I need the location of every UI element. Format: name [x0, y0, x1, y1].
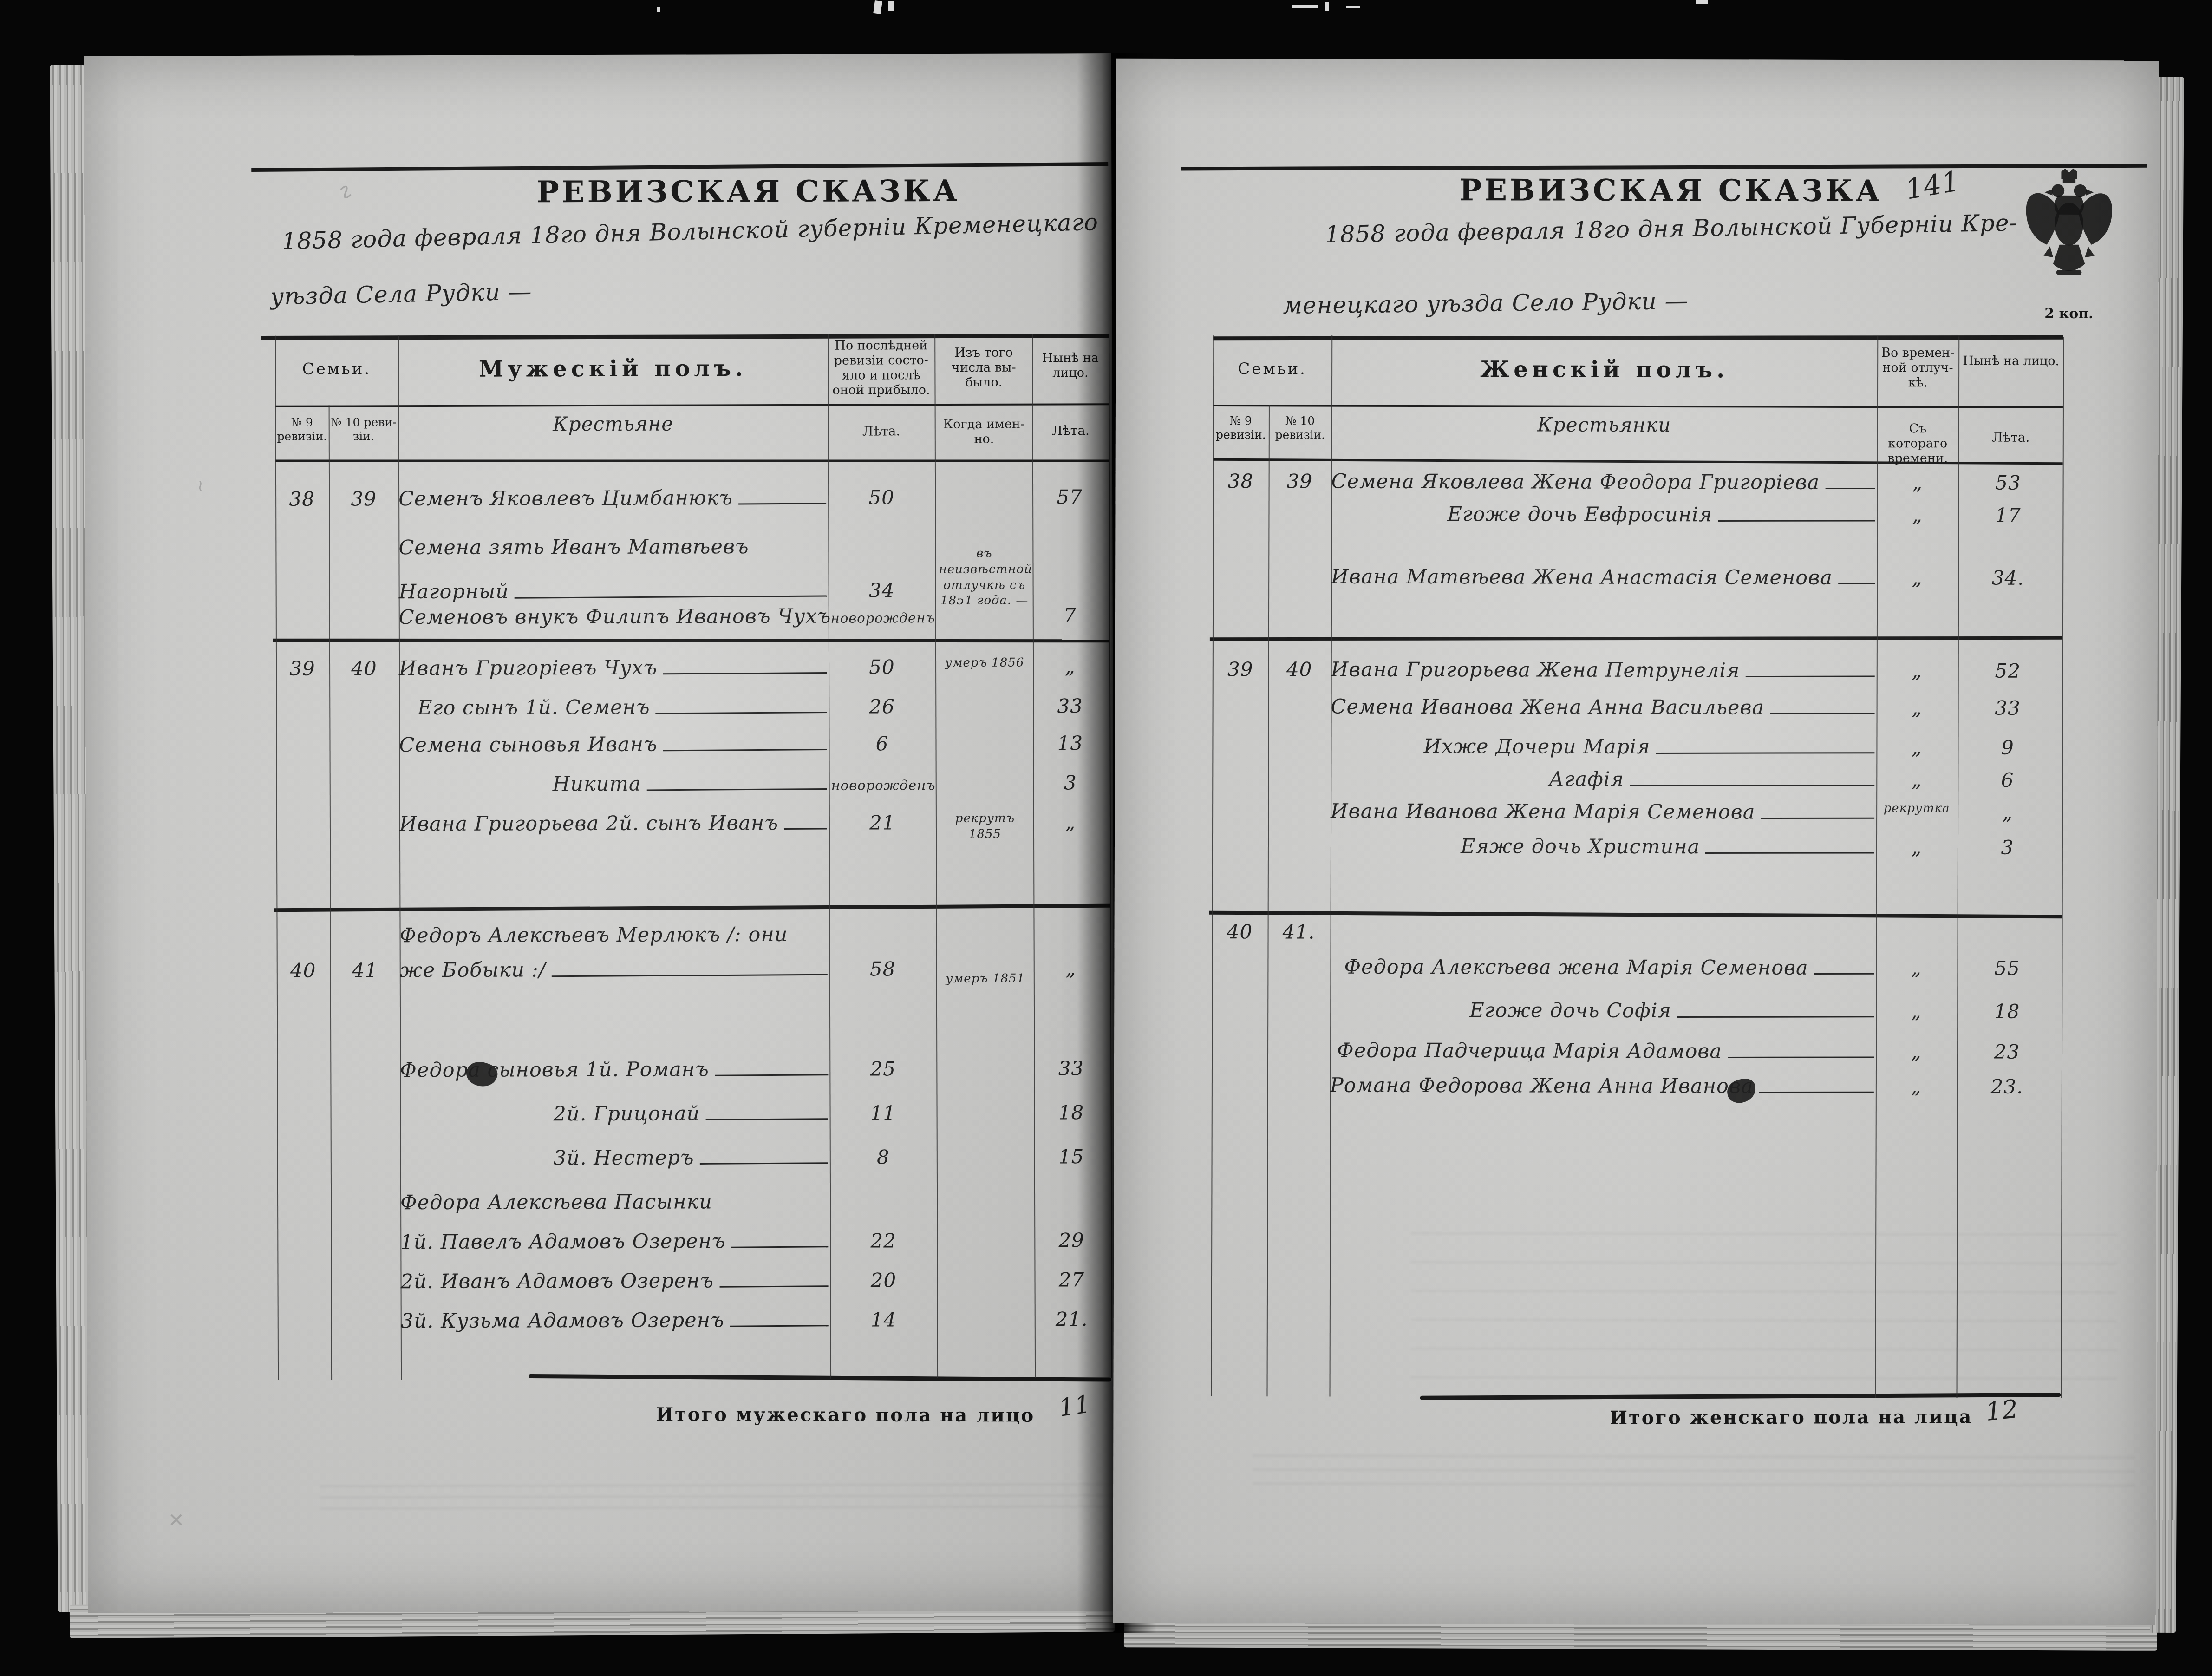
- scan-artifact: [873, 0, 882, 14]
- row-age-previous: 58: [832, 957, 934, 981]
- row-age-previous: 34: [831, 579, 933, 602]
- row-ditto-mark: „: [1877, 956, 1956, 979]
- row-note: рекрутка: [1877, 801, 1956, 817]
- row-name: Ивана Матвѣева Жена Анастасія Семенова: [1331, 565, 1833, 589]
- row-age-previous: 21: [831, 811, 933, 834]
- scan-artifact: [888, 1, 894, 11]
- row-rev9: 40: [1214, 920, 1266, 943]
- book-bottom-edge-right: [1124, 1620, 2157, 1651]
- table-row: Ихже Дочери Марія: [1423, 735, 1876, 759]
- table-row: Романа Федорова Жена Анна Иванова: [1330, 1074, 1876, 1098]
- table-row: Семенъ Яковлевъ Цимбанюкъ: [398, 486, 828, 511]
- row-rev10: 39: [336, 487, 392, 510]
- row-ruled-line: [1677, 1016, 1874, 1018]
- row-age-now: 9: [1958, 736, 2057, 759]
- row-ruled-line: [731, 1246, 828, 1248]
- row-ditto-mark: „: [1878, 504, 1957, 526]
- row-ruled-line: [647, 788, 827, 791]
- row-ditto-mark: „: [1877, 1000, 1956, 1022]
- row-name: Федора Алексѣева жена Марія Семенова: [1344, 956, 1808, 980]
- total-label: Итого женскаго пола на лица: [1438, 1406, 1972, 1430]
- left-page: РЕВИЗСКАЯ СКАЗКА 1858 года февраля 18го …: [84, 53, 1116, 1613]
- row-ruled-line: [552, 974, 828, 977]
- row-name: Семена Иванова Жена Анна Васильева: [1331, 695, 1765, 720]
- row-age-now: „: [1958, 801, 2057, 824]
- row-age-previous: 50: [830, 486, 933, 509]
- row-age-now: 23: [1957, 1040, 2057, 1063]
- row-ditto-mark: „: [1878, 696, 1957, 719]
- scan-artifact: [1292, 5, 1318, 8]
- row-rev9: 40: [278, 959, 329, 982]
- row-ruled-line: [1705, 852, 1874, 854]
- table-row: Семена Иванова Жена Анна Васильева: [1331, 695, 1877, 720]
- right-page: РЕВИЗСКАЯ СКАЗКА 141 1858 года февраля 1…: [1113, 59, 2159, 1625]
- row-age-now: 52: [1958, 659, 2058, 682]
- table-row: Никита: [553, 772, 829, 796]
- row-name: Ивана Григорьева Жена Петрунелія: [1331, 658, 1740, 682]
- row-note: умеръ 1856: [939, 655, 1030, 671]
- row-name: Ихже Дочери Марія: [1423, 735, 1650, 759]
- row-note: рекрутъ 1855: [940, 811, 1031, 843]
- table-row: Федора сыновья 1й. Романъ: [400, 1058, 829, 1082]
- row-ditto-mark: „: [1878, 659, 1957, 682]
- row-ruled-line: [784, 828, 827, 830]
- row-ruled-line: [656, 712, 827, 714]
- table-row: Ивана Григорьева Жена Петрунелія: [1331, 658, 1877, 682]
- row-name: 2й. Иванъ Адамовъ Озеренъ: [400, 1269, 714, 1293]
- row-ruled-line: [1838, 583, 1875, 584]
- row-age-previous: новорожденъ: [831, 610, 933, 626]
- row-age-now: 34.: [1958, 566, 2058, 589]
- row-name: Ивана Григорьева 2й. сынъ Иванъ: [399, 812, 778, 836]
- row-name: Агафія: [1549, 768, 1624, 791]
- table-row: 3й. Нестеръ: [554, 1146, 830, 1170]
- row-ruled-line: [715, 1074, 828, 1076]
- row-rev9: 38: [276, 488, 327, 511]
- row-ruled-line: [705, 1118, 828, 1120]
- row-rev9: 38: [1215, 470, 1266, 492]
- table-row: Федора Падчерица Марія Адамова: [1337, 1039, 1876, 1063]
- row-age-now: 53: [1958, 471, 2058, 494]
- row-age-previous: новорожденъ: [831, 777, 933, 793]
- row-ruled-line: [730, 1325, 829, 1327]
- row-ruled-line: [700, 1162, 828, 1165]
- table-row: же Бобыки :/: [400, 958, 829, 982]
- table-row: Иванъ Григоріевъ Чухъ: [399, 656, 829, 680]
- row-ruled-line: [663, 749, 827, 751]
- row-rev10: 40: [336, 657, 392, 680]
- table-row: 2й. Иванъ Адамовъ Озеренъ: [400, 1269, 830, 1293]
- row-age-previous: 11: [832, 1101, 934, 1125]
- row-ruled-line: [663, 672, 827, 674]
- row-age-now: 33: [1958, 696, 2058, 719]
- row-ruled-line: [1746, 676, 1875, 677]
- row-name: Никита: [553, 773, 641, 796]
- row-note: въ неизвѣстной отлучкѣ съ 1851 года. —: [939, 546, 1030, 609]
- row-rev9: 39: [1215, 658, 1266, 681]
- row-ruled-line: [1814, 973, 1874, 975]
- row-rev9: 39: [277, 657, 328, 680]
- row-age-now: 55: [1957, 956, 2057, 979]
- row-ruled-line: [1728, 1057, 1874, 1058]
- row-ruled-line: [1761, 818, 1874, 819]
- table-row: Семена Яковлева Жена Феодора Григоріева: [1331, 470, 1877, 494]
- table-row: Егоже дочь Софія: [1469, 999, 1876, 1023]
- row-ditto-mark: „: [1877, 836, 1956, 858]
- row-ruled-line: [1759, 1092, 1874, 1093]
- row-ruled-line: [1630, 785, 1874, 786]
- scan-artifact: [657, 7, 660, 12]
- row-age-now: 6: [1958, 768, 2057, 791]
- row-age-now: 17: [1958, 504, 2058, 526]
- row-ruled-line: [1656, 752, 1874, 754]
- row-name-line1: Семена зять Иванъ Матвѣевъ: [398, 535, 828, 559]
- row-rev10: 40: [1272, 658, 1327, 681]
- row-name: Еяже дочь Христина: [1461, 835, 1700, 858]
- right-table-rows: 3839Семена Яковлева Жена Феодора Григорі…: [1113, 59, 2159, 1625]
- scanned-book-photo: РЕВИЗСКАЯ СКАЗКА 1858 года февраля 18го …: [0, 0, 2212, 1676]
- row-name: Семена сыновья Иванъ: [399, 733, 657, 757]
- row-ruled-line: [719, 1285, 828, 1287]
- row-age-previous: 14: [833, 1308, 935, 1331]
- total-value: 12: [1984, 1394, 2020, 1427]
- row-age-previous: 6: [831, 732, 933, 755]
- row-note: умеръ 1851: [940, 971, 1031, 987]
- table-row: Агафія: [1549, 768, 1876, 792]
- row-ruled-line: [1718, 520, 1875, 521]
- table-row: 1й. Павелъ Адамовъ Озеренъ: [400, 1230, 830, 1254]
- row-rev10: 39: [1272, 470, 1328, 492]
- row-name: Егоже дочь Софія: [1469, 999, 1671, 1022]
- row-age-now: 18: [1957, 1000, 2057, 1022]
- row-name: 3й. Кузьма Адамовъ Озеренъ: [401, 1309, 724, 1333]
- row-name: Егоже дочь Евфросинія: [1447, 503, 1712, 526]
- row-ditto-mark: „: [1877, 1040, 1956, 1063]
- row-age-previous: 25: [832, 1057, 934, 1080]
- table-row: Его сынъ 1й. Семенъ: [418, 695, 829, 720]
- scan-artifact: [1325, 2, 1329, 11]
- row-age-previous: 50: [831, 655, 933, 679]
- row-age-previous: 8: [832, 1146, 934, 1169]
- table-row: Ивана Матвѣева Жена Анастасія Семенова: [1331, 565, 1877, 589]
- row-age-now: 3: [1958, 836, 2057, 858]
- row-ditto-mark: „: [1877, 1075, 1956, 1098]
- table-row: Нагорный: [399, 579, 829, 603]
- row-name: Семена Яковлева Жена Феодора Григоріева: [1331, 470, 1820, 494]
- table-row: Ивана Григорьева 2й. сынъ Иванъ: [399, 812, 829, 836]
- row-name: Семенъ Яковлевъ Цимбанюкъ: [398, 486, 733, 511]
- row-age-previous: 20: [832, 1269, 934, 1292]
- pencil-mark: ✕: [168, 1509, 184, 1532]
- row-ditto-mark: „: [1877, 768, 1956, 791]
- table-row: Федора Алексѣева жена Марія Семенова: [1344, 956, 1876, 980]
- row-age-previous: 22: [832, 1229, 934, 1252]
- row-name: Романа Федорова Жена Анна Иванова: [1330, 1074, 1754, 1098]
- row-ditto-mark: „: [1878, 471, 1957, 494]
- table-row: Ивана Иванова Жена Марія Семенова: [1331, 800, 1876, 824]
- scan-artifact: [1696, 0, 1708, 4]
- row-ditto-mark: „: [1878, 566, 1957, 589]
- table-row: Егоже дочь Евфросинія: [1447, 503, 1877, 527]
- row-name: Ивана Иванова Жена Марія Семенова: [1331, 800, 1755, 824]
- table-row: Федора Алексѣева Пасынки: [400, 1190, 830, 1214]
- row-ditto-mark: „: [1877, 736, 1956, 759]
- row-name: Его сынъ 1й. Семенъ: [418, 696, 650, 720]
- table-row: 3й. Кузьма Адамовъ Озеренъ: [401, 1309, 830, 1333]
- row-name-line1: Федоръ Алексѣевъ Мерлюкъ /: они: [400, 923, 829, 947]
- row-age-previous: 26: [831, 695, 933, 718]
- table-row: 2й. Грицонай: [554, 1102, 830, 1126]
- scan-artifact: [1346, 6, 1360, 8]
- row-name: Нагорный: [399, 580, 509, 604]
- row-name: Федора сыновья 1й. Романъ: [400, 1058, 709, 1082]
- left-table-rows: 3839Семенъ Яковлевъ Цимбанюкъ5057Семена …: [84, 53, 1116, 1613]
- table-row: Семена сыновья Иванъ: [399, 733, 829, 757]
- table-row: Семеновъ внукъ Филипъ Ивановъ Чухъ: [399, 605, 829, 629]
- row-name: Семеновъ внукъ Филипъ Ивановъ Чухъ: [399, 605, 831, 629]
- row-age-now: 23.: [1957, 1075, 2057, 1098]
- row-rev10: 41: [337, 959, 393, 982]
- total-label: Итого мужескаго пола на лицо: [505, 1403, 1035, 1427]
- row-name: 2й. Грицонай: [554, 1102, 700, 1126]
- row-ruled-line: [515, 596, 827, 599]
- row-name: же Бобыки :/: [400, 958, 546, 982]
- row-name: Федора Падчерица Марія Адамова: [1337, 1039, 1722, 1063]
- row-name: 1й. Павелъ Адамовъ Озеренъ: [400, 1230, 725, 1254]
- row-name: Иванъ Григоріевъ Чухъ: [399, 656, 657, 680]
- row-ruled-line: [1770, 713, 1874, 714]
- row-rev10: 41.: [1271, 920, 1327, 943]
- row-name: 3й. Нестеръ: [554, 1146, 694, 1170]
- row-ruled-line: [738, 503, 826, 504]
- row-ruled-line: [1825, 488, 1875, 489]
- table-row: Еяже дочь Христина: [1461, 835, 1876, 859]
- row-name: Федора Алексѣева Пасынки: [400, 1190, 712, 1214]
